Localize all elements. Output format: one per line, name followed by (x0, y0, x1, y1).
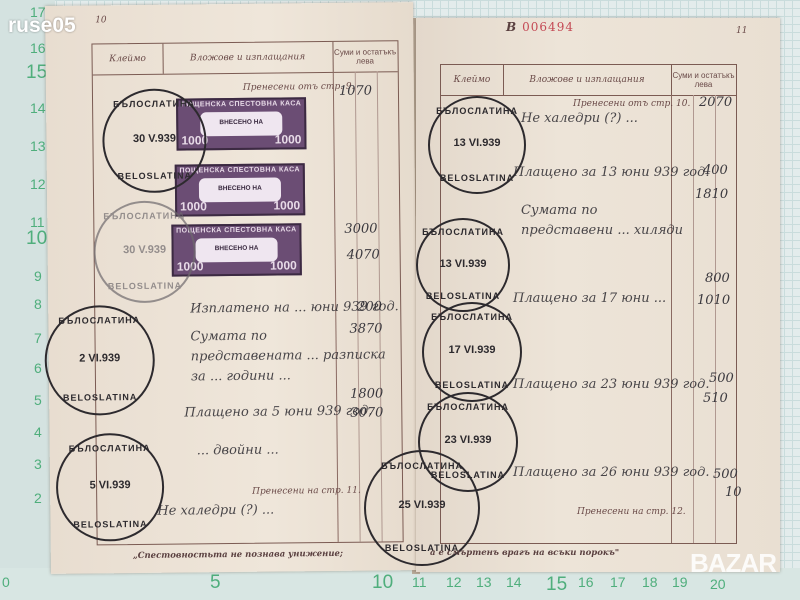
ruler-tick: 12 (30, 176, 46, 192)
amount: 500 (713, 467, 738, 482)
header-entries: Вложове и изплащания (503, 65, 672, 95)
ruler-tick: 16 (30, 40, 46, 56)
ruler-tick: 7 (34, 330, 42, 346)
ruler-tick: 15 (26, 62, 47, 84)
ruler-tick: 5 (210, 572, 221, 594)
handwritten-entry: Не халедри (?) ... (157, 503, 274, 519)
handwritten-entry: Плащено за 13 юни 939 год. (513, 165, 709, 180)
postmark: БЪЛОСЛАТИНА 17 VI.939 BELOSLATINA (422, 302, 522, 402)
handwritten-entry: Плащено за 17 юни ... (513, 291, 666, 306)
amount: 3870 (349, 321, 382, 336)
ruler-tick: 13 (30, 138, 46, 154)
ruler-tick: 18 (642, 574, 658, 590)
amount: 1810 (695, 187, 728, 202)
handwritten-entry: Сумата по (521, 203, 597, 218)
handwritten-entry: Изплатено на ... юни 939 год. (190, 299, 399, 316)
ruler-tick: 6 (34, 360, 42, 376)
page-corner-number: 10 (95, 15, 107, 25)
handwritten-entry: Плащено за 26 юни 939 год. (513, 465, 709, 480)
handwritten-entry: Сумата по (190, 329, 267, 345)
table-header: Клеймо Вложове и изплащания Суми и остат… (92, 41, 397, 75)
handwritten-entry: представената ... разписка (191, 347, 386, 364)
amount: 800 (705, 271, 730, 286)
amount: 2070 (699, 95, 732, 110)
postmark: БЪЛОСЛАТИНА 13 VI.939 BELOSLATINA (416, 218, 510, 312)
bazar-logo: BAZAR (690, 548, 776, 579)
handwritten-entry: ... двойни ... (197, 443, 279, 459)
serial-value: 006494 (522, 20, 574, 34)
postmark: БЪЛОСЛАТИНА 13 VI.939 BELOSLATINA (428, 96, 526, 194)
handwritten-entry: представени ... хиляди (521, 223, 683, 238)
amount: 1010 (697, 293, 730, 308)
ruler-tick: 12 (446, 574, 462, 590)
page-corner-number: 11 (736, 26, 747, 36)
ruler-tick: 14 (30, 100, 46, 116)
postmark: БЪЛОСЛАТИНА 2 VI.939 BELOSLATINA (44, 305, 155, 416)
ruler-tick: 5 (34, 392, 42, 408)
ruler-tick: 15 (546, 574, 567, 596)
left-page: 10 Клеймо Вложове и изплащания Суми и ос… (45, 2, 419, 574)
amount: 500 (709, 371, 734, 386)
carried-to: Пренесени на стр. 12. (577, 507, 686, 517)
ruler-tick: 2 (34, 490, 42, 506)
ruler-tick: 17 (610, 574, 626, 590)
handwritten-entry: Не халедри (?) ... (521, 111, 638, 126)
ruler-tick: 9 (34, 268, 42, 284)
handwritten-entry: Плащено за 23 юни 939 год. (513, 377, 709, 392)
header-sums: Суми и остатъкъ лева (671, 65, 736, 95)
ruler-tick: 8 (34, 296, 42, 312)
motto: а е смъртенъ врагъ на всъки порокъ" (430, 548, 619, 558)
header-stamp: Клеймо (92, 44, 163, 75)
motto: „Спестовностьта не познава унижение; (133, 549, 343, 561)
ruler-tick: 19 (672, 574, 688, 590)
header-sums: Суми и остатъкъ лева (332, 41, 397, 72)
header-entries: Вложове и изплащания (162, 42, 333, 74)
amount: 1800 (350, 386, 383, 401)
ruler-tick: 16 (578, 574, 594, 590)
amount: 3000 (344, 221, 377, 236)
carried-to: Пренесени на стр. 11. (252, 486, 361, 497)
right-page: В006494 11 Клеймо Вложове и изплащания С… (416, 18, 780, 572)
ruler-tick: 4 (34, 424, 42, 440)
table-header: Клеймо Вложове и изплащания Суми и остат… (441, 65, 736, 96)
amount: 1070 (339, 84, 372, 99)
handwritten-entry: за ... години ... (191, 368, 291, 384)
postmark: БЪЛОСЛАТИНА 5 VI.939 BELOSLATINA (56, 433, 165, 542)
serial-series: В (506, 20, 516, 34)
amount: 510 (703, 391, 728, 406)
carried-from: Пренесени отъ стр. 9. (243, 82, 355, 93)
postmark: БЪЛОСЛАТИНА 30 V.939 BELOSLATINA (102, 88, 207, 193)
ruler-tick: 10 (372, 572, 393, 594)
amount: 4070 (347, 247, 380, 262)
ruler-tick: 11 (412, 574, 427, 590)
ruler-tick: 14 (506, 574, 522, 590)
ruler-tick: 3 (34, 456, 42, 472)
amount: 10 (725, 485, 742, 500)
ruler-tick: 10 (26, 228, 47, 250)
postmark: БЪЛОСЛАТИНА 30 V.939 BELOSLATINA (93, 200, 196, 303)
handwritten-entry: Плащено за 5 юни 939 год. (184, 404, 372, 421)
carried-from: Пренесени отъ стр. 10. (573, 99, 690, 109)
header-stamp: Клеймо (441, 65, 504, 95)
seller-watermark: ruse05 (8, 14, 76, 38)
ruler-tick: 0 (2, 574, 10, 590)
ruler-tick: 13 (476, 574, 492, 590)
serial-number: В006494 (506, 20, 574, 34)
